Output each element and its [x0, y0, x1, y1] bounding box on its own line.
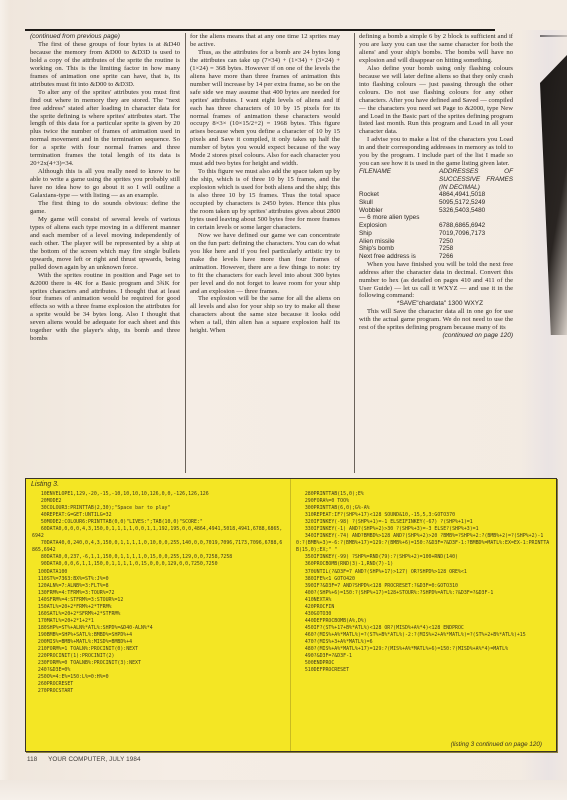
continued-from-note: (continued from previous page): [30, 33, 180, 41]
magazine-page: (continued from previous page) The first…: [0, 0, 567, 800]
row-name: Explosion: [359, 222, 439, 230]
top-rule: [25, 29, 495, 31]
paragraph: Although this is all you really need to …: [30, 168, 180, 200]
page-number: 118: [27, 756, 37, 763]
article-column-3: defining a bomb a simple 6 by 2 block is…: [359, 33, 513, 340]
paragraph: for the aliens means that at any one tim…: [190, 33, 340, 49]
row-name: — 6 more alien types: [359, 214, 419, 222]
paragraph: Also define your bomb using only flashin…: [359, 65, 513, 137]
row-addr: 6788,6865,6942: [439, 222, 513, 230]
row-addr: 5326,5403,5480: [439, 207, 513, 215]
page-footer: 118 YOUR COMPUTER, JULY 1984: [27, 756, 150, 763]
row-name: Rocket: [359, 191, 439, 199]
table-row: Alien missile7250: [359, 238, 513, 246]
row-addr: 7250: [439, 238, 513, 246]
row-addr: 7019,7096,7173: [439, 230, 513, 238]
listing-title: Listing 3.: [31, 481, 59, 488]
paragraph: The first of these groups of four bytes …: [30, 41, 180, 89]
table-row: Rocket4864,4941,5018: [359, 191, 513, 199]
listing-continued-note: (listing 3 continued on page 120): [451, 741, 542, 748]
article-column-1: (continued from previous page) The first…: [30, 33, 180, 343]
row-name: Alien missile: [359, 238, 439, 246]
header-addresses: ADDRESSES OF SUCCESSIVE FRAMES (IN DECIM…: [439, 168, 513, 191]
paragraph: My game will consist of several levels o…: [30, 216, 180, 272]
paragraph: Thus, as the attributes for a bomb are 2…: [190, 49, 340, 168]
row-addr: 7266: [439, 253, 513, 261]
row-name: Ship's bomb: [359, 245, 439, 253]
character-address-table: FILENAME ADDRESSES OF SUCCESSIVE FRAMES …: [359, 168, 513, 260]
page-bottom-margin: [0, 780, 567, 800]
column-divider: [354, 33, 355, 473]
table-row: Skull5095,5172,5249: [359, 199, 513, 207]
row-name: Next free address is: [359, 253, 439, 261]
listing-column-divider: [290, 479, 291, 751]
save-command: *SAVE"chardata" 1300 WXYZ: [359, 300, 513, 308]
paragraph: This will Save the character data all in…: [359, 308, 513, 332]
paragraph: When you have finished you will be told …: [359, 261, 513, 301]
table-row: Explosion6788,6865,6942: [359, 222, 513, 230]
table-header: FILENAME ADDRESSES OF SUCCESSIVE FRAMES …: [359, 168, 513, 191]
page-edge-shading: [0, 0, 10, 800]
paragraph: The explosion will be the same for all t…: [190, 295, 340, 335]
table-row: — 6 more alien types: [359, 214, 513, 222]
row-name: Skull: [359, 199, 439, 207]
paragraph: To this figure we must also add the spac…: [190, 168, 340, 232]
header-filename: FILENAME: [359, 168, 439, 191]
row-addr: 5095,5172,5249: [439, 199, 513, 207]
table-row: Ship's bomb7258: [359, 245, 513, 253]
listing-box: Listing 3. 10ENVELOPE1,129,-20,-15,-10,1…: [25, 478, 557, 752]
paragraph: To alter any of the sprites' attributes …: [30, 89, 180, 169]
table-row: Ship7019,7096,7173: [359, 230, 513, 238]
row-addr: 7258: [439, 245, 513, 253]
row-name: Wobbler: [359, 207, 439, 215]
row-name: Ship: [359, 230, 439, 238]
publication-name: YOUR COMPUTER, JULY 1984: [48, 756, 140, 763]
paragraph: With the sprites routine in position and…: [30, 272, 180, 344]
paragraph: I advise you to make a list of the chara…: [359, 136, 513, 168]
continued-on-note: (continued on page 120): [359, 332, 513, 340]
article-column-2: for the aliens means that at any one tim…: [190, 33, 340, 335]
row-addr: 4864,4941,5018: [439, 191, 513, 199]
table-row: Next free address is7266: [359, 253, 513, 261]
table-row: Wobbler5326,5403,5480: [359, 207, 513, 215]
paragraph: The first thing to do sounds obvious: de…: [30, 200, 180, 216]
listing-code-column-2: 280PRINTTAB(15,0);E% 290FORA%=0 TOO% 300…: [296, 491, 550, 674]
listing-code-column-1: 10ENVELOPE1,129,-20,-15,-10,10,10,10,126…: [32, 491, 284, 695]
column-divider: [185, 33, 186, 473]
paragraph: Now we have defined our game we can conc…: [190, 232, 340, 296]
paragraph: defining a bomb a simple 6 by 2 block is…: [359, 33, 513, 65]
row-addr: [419, 214, 513, 222]
